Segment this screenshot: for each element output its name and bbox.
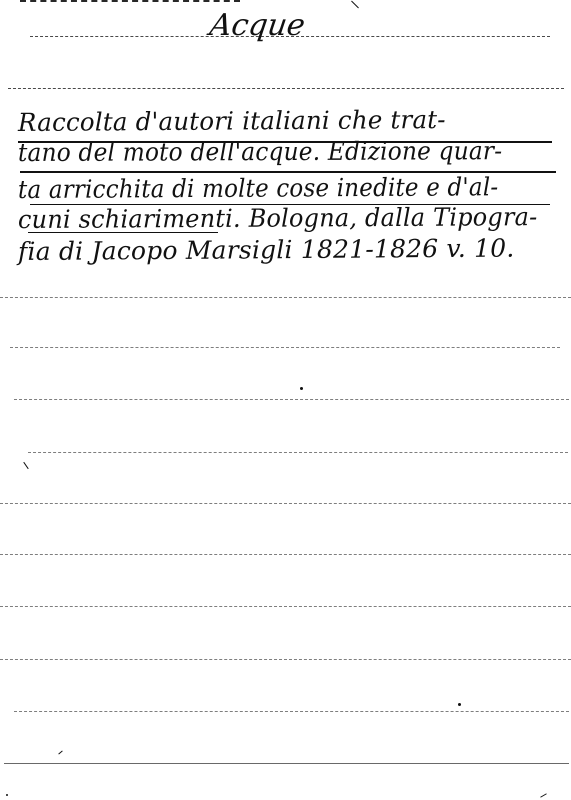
underline (20, 171, 556, 173)
ruled-line-top (20, 0, 240, 2)
scan-speck (6, 794, 8, 796)
ruled-line (28, 452, 568, 453)
ruled-line (0, 659, 571, 660)
entry-line-4: cuni schiarimenti. Bologna, dalla Tipogr… (18, 202, 538, 234)
entry-line-3: ta arricchita di molte cose inedite e d'… (18, 172, 498, 204)
underline (18, 141, 552, 143)
ruled-line (0, 297, 571, 298)
ruled-line (10, 347, 560, 348)
document-page: Acque Raccolta d'autori italiani che tra… (0, 0, 571, 800)
entry-line-5: fia di Jacopo Marsigli 1821-1826 v. 10. (18, 234, 515, 266)
ruled-line (0, 606, 571, 607)
underline (30, 204, 550, 205)
ruled-line (8, 88, 564, 89)
entry-line-1: Raccolta d'autori italiani che trat- (18, 105, 446, 137)
ruled-line (4, 763, 569, 764)
underline (28, 232, 218, 233)
scan-mark (58, 751, 62, 755)
ruled-line (0, 503, 571, 504)
ruled-line (14, 711, 569, 712)
ruled-line (0, 554, 571, 555)
ruled-line (14, 399, 569, 400)
scan-speck (300, 387, 303, 390)
scan-speck (458, 703, 461, 706)
card-heading: Acque (208, 8, 308, 43)
scan-mark (23, 462, 28, 469)
ruled-line (30, 36, 550, 37)
scan-mark (540, 793, 547, 797)
scan-mark (351, 1, 359, 9)
